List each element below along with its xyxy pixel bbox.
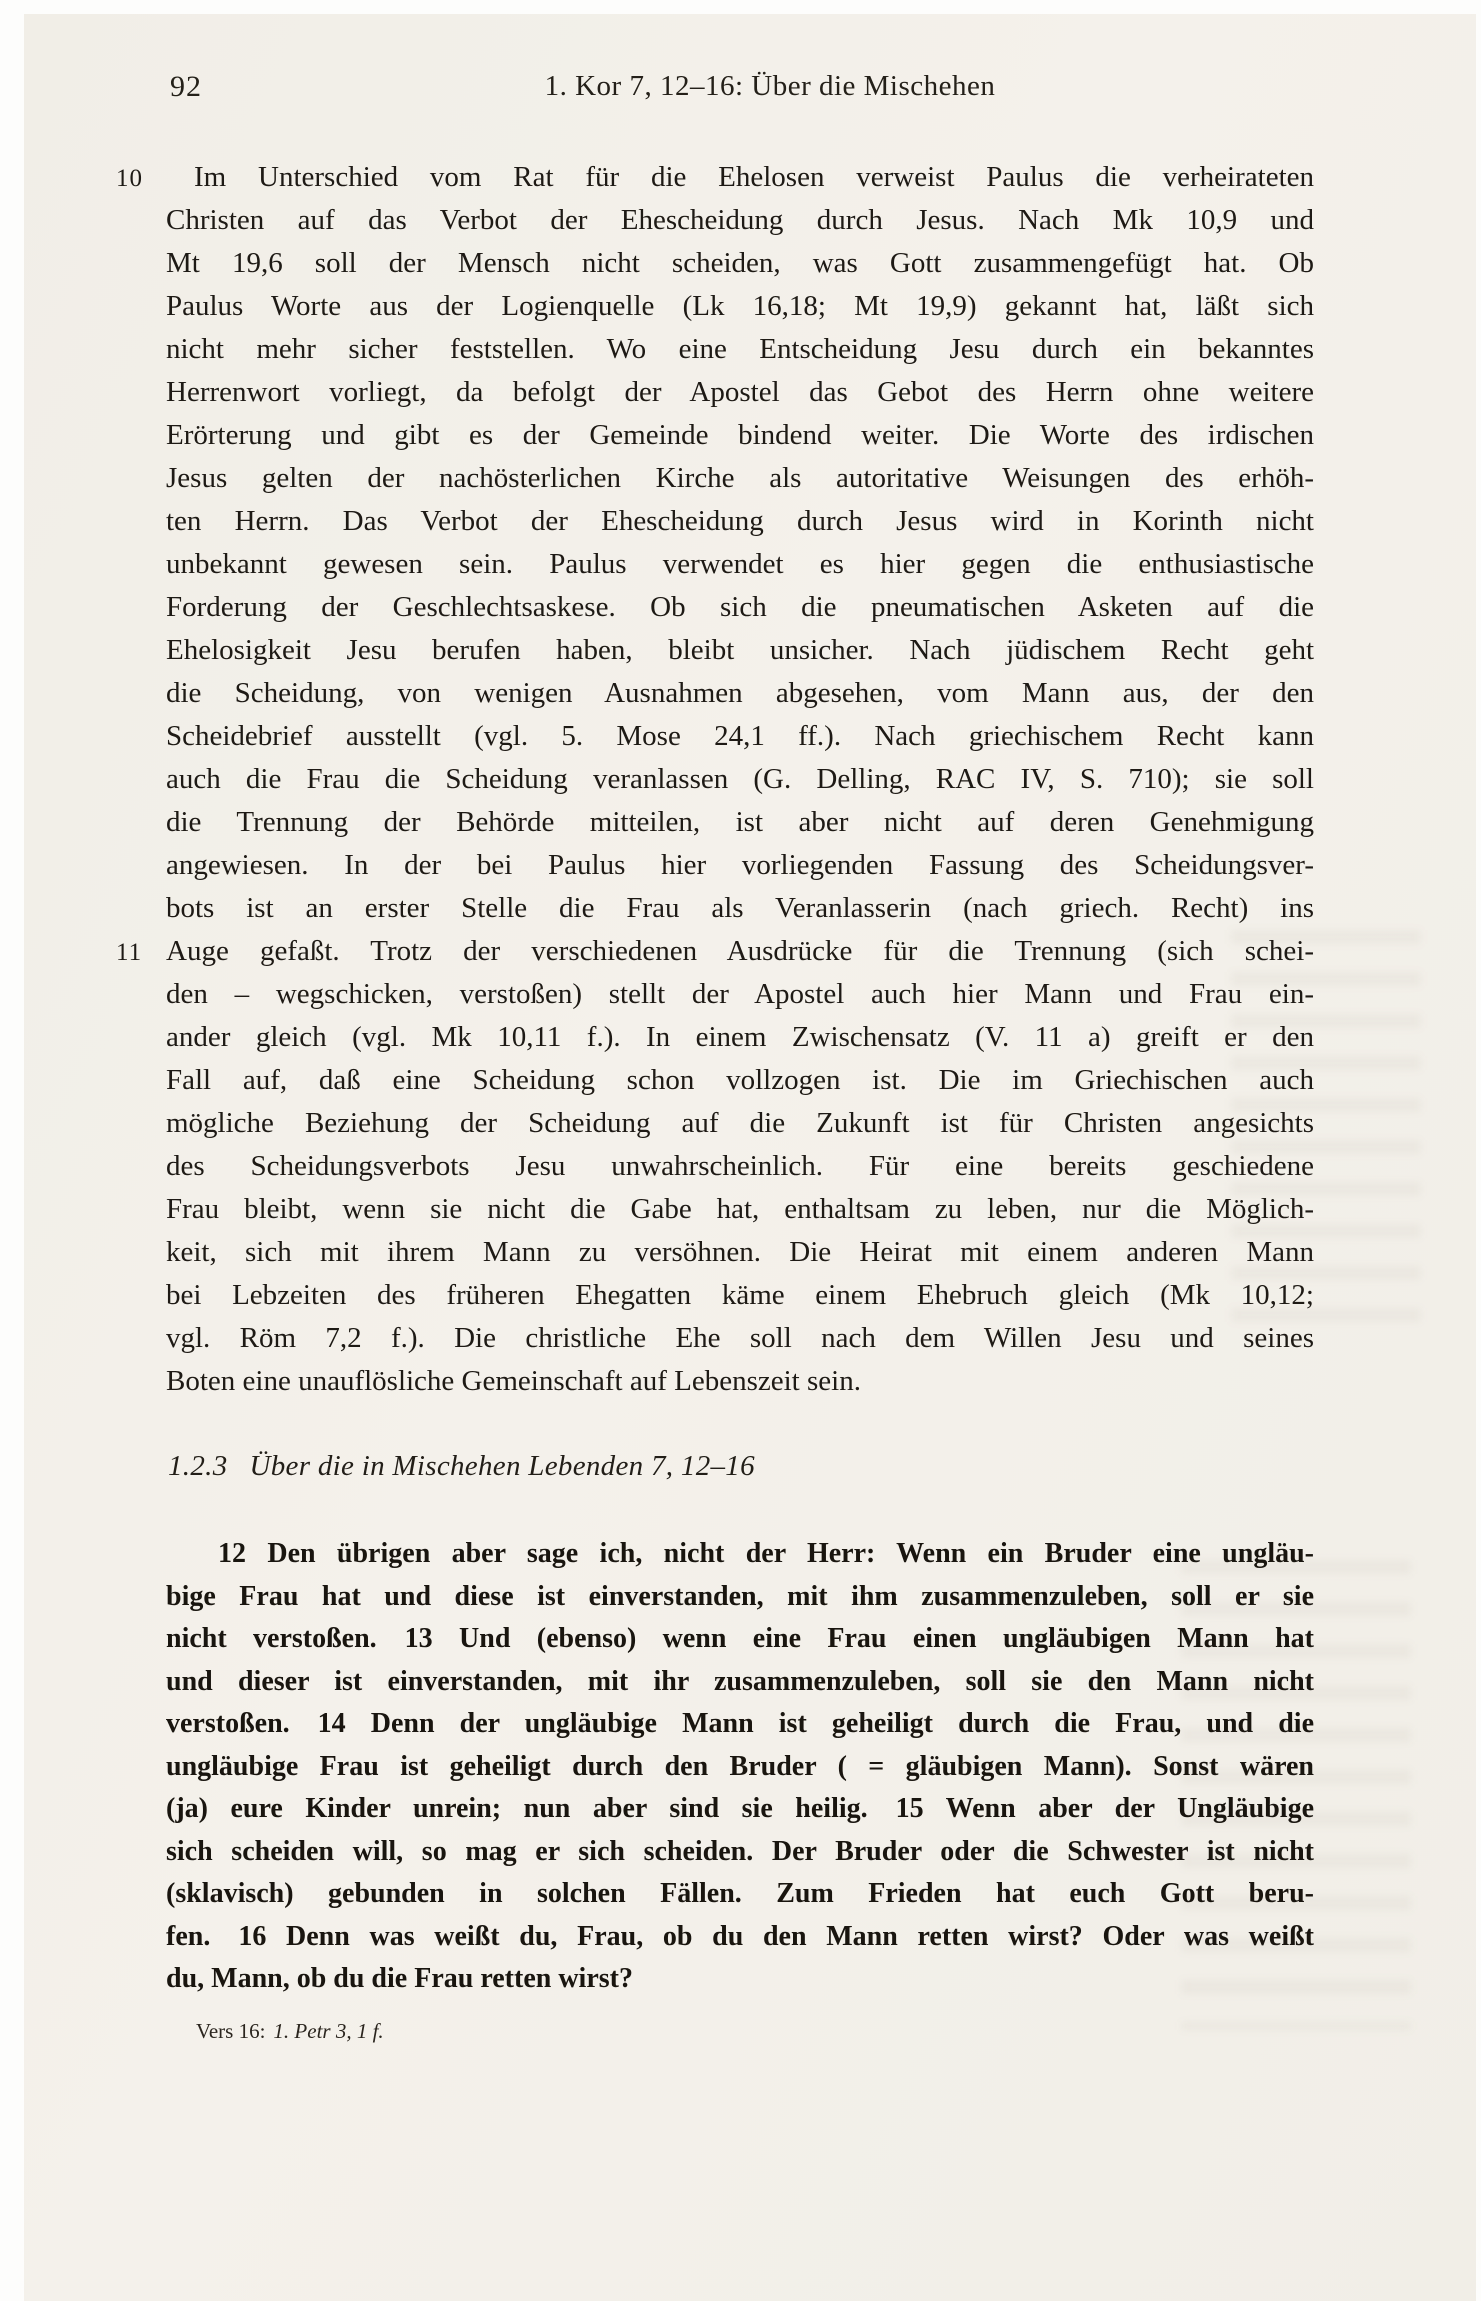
text-line: ungläubige Frau ist geheiligt durch den … — [166, 1746, 1314, 1789]
text-line: keit, sich mit ihrem Mann zu versöhnen. … — [166, 1231, 1314, 1274]
margin-verse-number: 11 — [116, 931, 142, 974]
margin-verse-number: 10 — [116, 157, 143, 200]
text-line: verstoßen. 14 Denn der ungläubige Mann i… — [166, 1703, 1314, 1746]
text-line: Im Unterschied vom Rat für die Ehelosen … — [166, 156, 1314, 199]
text-line: Paulus Worte aus der Logienquelle (Lk 16… — [166, 285, 1314, 328]
text-line: (sklavisch) gebunden in solchen Fällen. … — [166, 1873, 1314, 1916]
scanned-page: 92 1. Kor 7, 12–16: Über die Mischehen I… — [0, 0, 1481, 2301]
text-line: Boten eine unauflösliche Gemeinschaft au… — [166, 1360, 1314, 1403]
text-line: Herrenwort vorliegt, da befolgt der Apos… — [166, 371, 1314, 414]
text-line: ten Herrn. Das Verbot der Ehescheidung d… — [166, 500, 1314, 543]
text-line: auch die Frau die Scheidung veranlassen … — [166, 758, 1314, 801]
text-line: Forderung der Geschlechtsaskese. Ob sich… — [166, 586, 1314, 629]
text-line: unbekannt gewesen sein. Paulus verwendet… — [166, 543, 1314, 586]
text-line: bei Lebzeiten des früheren Ehegatten käm… — [166, 1274, 1314, 1317]
text-line: die Scheidung, von wenigen Ausnahmen abg… — [166, 672, 1314, 715]
page-number: 92 — [170, 70, 202, 104]
text-line: (ja) eure Kinder unrein; nun aber sind s… — [166, 1788, 1314, 1831]
footnote-prefix: Vers 16: — [196, 2019, 265, 2043]
text-line: angewiesen. In der bei Paulus hier vorli… — [166, 844, 1314, 887]
text-line: Mt 19,6 soll der Mensch nicht scheiden, … — [166, 242, 1314, 285]
text-line: du, Mann, ob du die Frau retten wirst? — [166, 1958, 1314, 2001]
text-line: bots ist an erster Stelle die Frau als V… — [166, 887, 1314, 930]
text-line: den – wegschicken, verstoßen) stellt der… — [166, 973, 1314, 1016]
text-line: des Scheidungsverbots Jesu unwahrscheinl… — [166, 1145, 1314, 1188]
text-line: und dieser ist einverstanden, mit ihr zu… — [166, 1661, 1314, 1704]
section-heading: 1.2.3Über die in Mischehen Lebenden 7, 1… — [168, 1450, 1314, 1483]
text-line: ander gleich (vgl. Mk 10,11 f.). In eine… — [166, 1016, 1314, 1059]
text-line: nicht mehr sicher feststellen. Wo eine E… — [166, 328, 1314, 371]
text-line: Fall auf, daß eine Scheidung schon vollz… — [166, 1059, 1314, 1102]
text-line: Jesus gelten der nachösterlichen Kirche … — [166, 457, 1314, 500]
text-block: Im Unterschied vom Rat für die Ehelosen … — [166, 156, 1314, 2044]
text-line: Frau bleibt, wenn sie nicht die Gabe hat… — [166, 1188, 1314, 1231]
text-line: nicht verstoßen. 13 Und (ebenso) wenn ei… — [166, 1618, 1314, 1661]
footnote: Vers 16:1. Petr 3, 1 f. — [166, 2019, 1314, 2044]
text-line: fen. 16 Denn was weißt du, Frau, ob du d… — [166, 1916, 1314, 1959]
text-line: Scheidebrief ausstellt (vgl. 5. Mose 24,… — [166, 715, 1314, 758]
text-line: bige Frau hat und diese ist einverstande… — [166, 1576, 1314, 1619]
page-header: 92 1. Kor 7, 12–16: Über die Mischehen — [166, 70, 1314, 103]
section-heading-number: 1.2.3 — [168, 1450, 228, 1482]
section-heading-title: Über die in Mischehen Lebenden 7, 12–16 — [250, 1450, 755, 1482]
text-line: Auge gefaßt. Trotz der verschiedenen Aus… — [166, 930, 1314, 973]
commentary-paragraph: Im Unterschied vom Rat für die Ehelosen … — [166, 156, 1314, 1403]
text-line: Erörterung und gibt es der Gemeinde bind… — [166, 414, 1314, 457]
text-line: Christen auf das Verbot der Ehescheidung… — [166, 199, 1314, 242]
running-title: 1. Kor 7, 12–16: Über die Mischehen — [166, 70, 1314, 103]
footnote-reference: 1. Petr 3, 1 f. — [273, 2019, 383, 2043]
translation-paragraph: 12 Den übrigen aber sage ich, nicht der … — [166, 1533, 1314, 2001]
text-line: 12 Den übrigen aber sage ich, nicht der … — [166, 1533, 1314, 1576]
text-line: vgl. Röm 7,2 f.). Die christliche Ehe so… — [166, 1317, 1314, 1360]
text-line: sich scheiden will, so mag er sich schei… — [166, 1831, 1314, 1874]
text-line: die Trennung der Behörde mitteilen, ist … — [166, 801, 1314, 844]
text-line: Ehelosigkeit Jesu berufen haben, bleibt … — [166, 629, 1314, 672]
text-line: mögliche Beziehung der Scheidung auf die… — [166, 1102, 1314, 1145]
